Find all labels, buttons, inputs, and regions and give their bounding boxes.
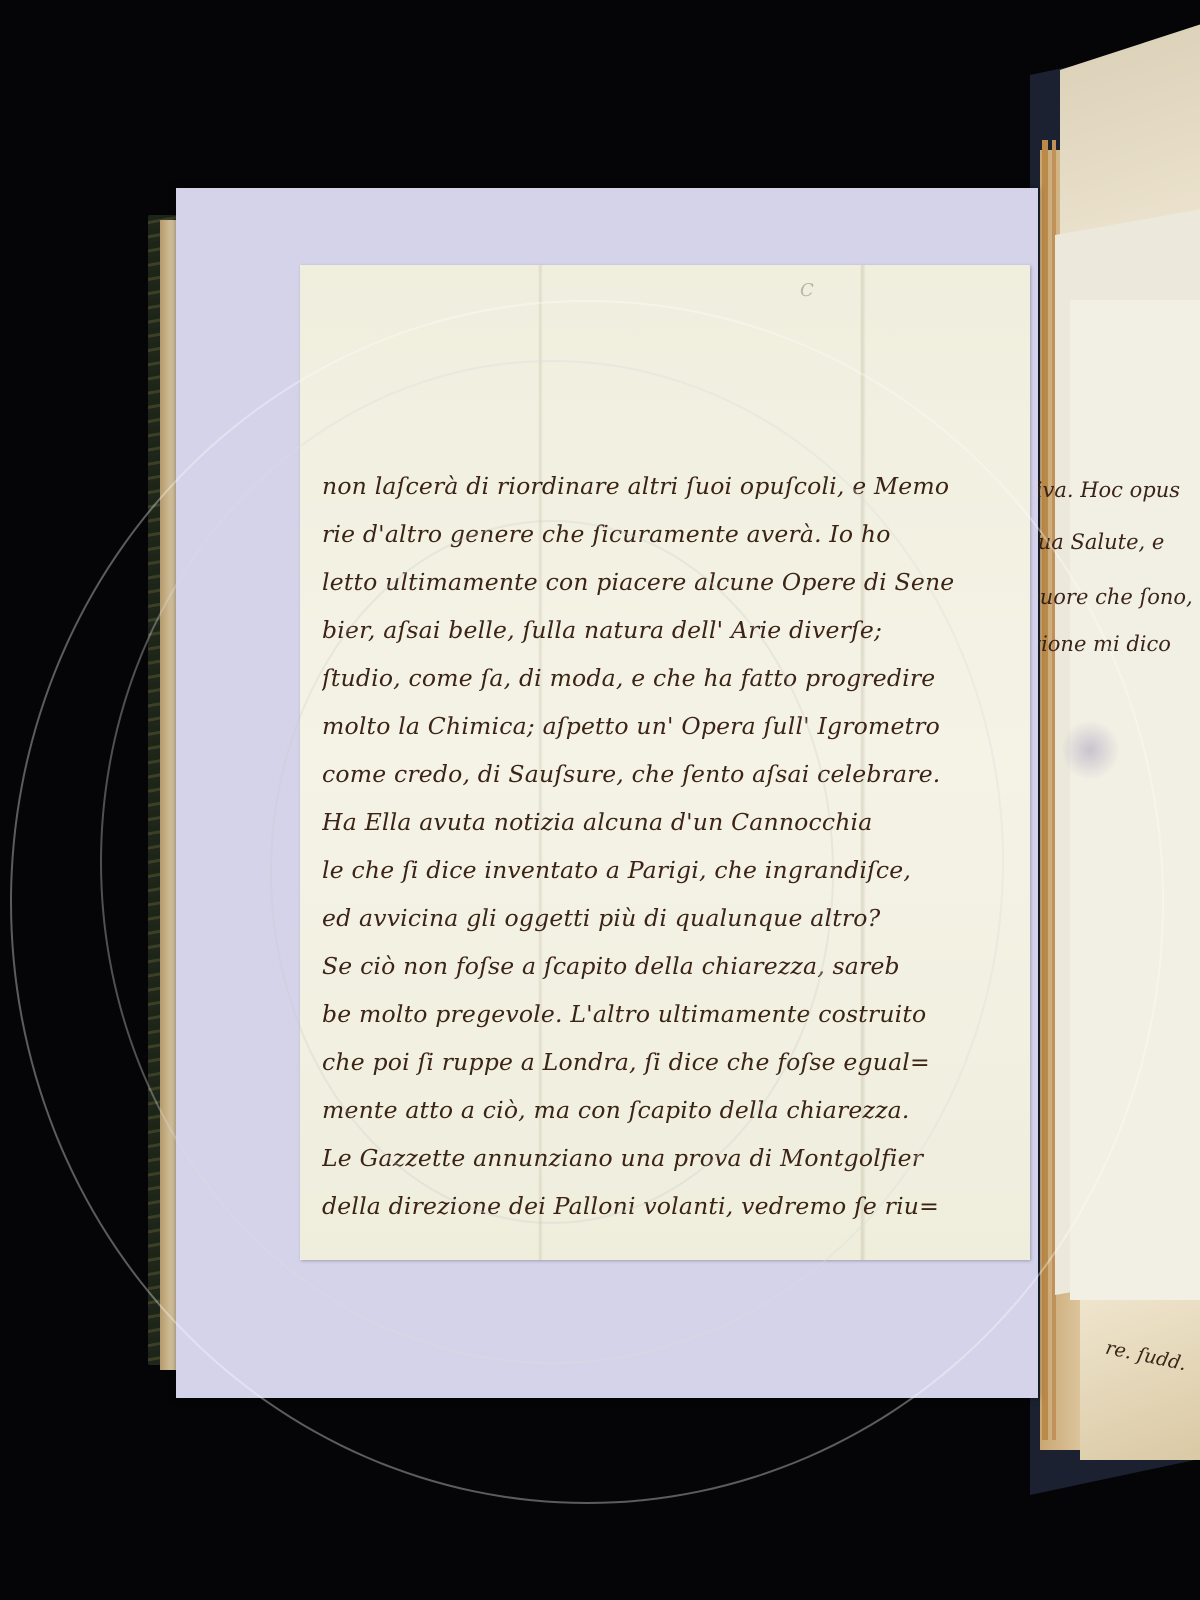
letter-line-16: della direzione dei Palloni volanti, ved…: [322, 1182, 1032, 1230]
ink-smudge: [1060, 720, 1120, 780]
page-edge-strip: [1042, 140, 1048, 1440]
right-page-line: zione mi dico: [1030, 632, 1171, 656]
letter-line-2: rie d'altro genere che ſicuramente averà…: [322, 510, 1032, 558]
letter-line-12: be molto pregevole. L'altro ultimamente …: [322, 990, 1032, 1038]
pencil-annotation: C: [800, 280, 814, 301]
letter-line-11: Se ciò non foſse a ſcapito della chiarez…: [322, 942, 1032, 990]
letter-line-6: molto la Chimica; aſpetto un' Opera ſull…: [322, 702, 1032, 750]
letter-text: non laſcerà di riordinare altri ſuoi opu…: [322, 462, 1032, 1230]
letter-line-15: Le Gazzette annunziano una prova di Mont…: [322, 1134, 1032, 1182]
right-page-line: ſiva. Hoc opus: [1028, 478, 1180, 502]
letter-line-1: non laſcerà di riordinare altri ſuoi opu…: [322, 462, 1032, 510]
letter-line-9: le che ſi dice inventato a Parigi, che i…: [322, 846, 1032, 894]
right-page-line: ſua Salute, e: [1030, 530, 1164, 554]
letter-line-14: mente atto a ciò, ma con ſcapito della c…: [322, 1086, 1032, 1134]
right-bottom-page: [1080, 1300, 1200, 1460]
letter-line-10: ed avvicina gli oggetti più di qualunque…: [322, 894, 1032, 942]
letter-line-13: che poi ſi ruppe a Londra, ſi dice che f…: [322, 1038, 1032, 1086]
right-letter-sheet-inner: [1070, 300, 1200, 1300]
letter-line-4: bier, aſsai belle, ſulla natura dell' Ar…: [322, 606, 1032, 654]
right-page-line: cuore che ſono,: [1028, 585, 1193, 609]
letter-line-8: Ha Ella avuta notizia alcuna d'un Cannoc…: [322, 798, 1032, 846]
letter-line-5: ſtudio, come ſa, di moda, e che ha fatto…: [322, 654, 1032, 702]
letter-line-7: come credo, di Sauſsure, che ſento aſsai…: [322, 750, 1032, 798]
letter-line-3: letto ultimamente con piacere alcune Ope…: [322, 558, 1032, 606]
